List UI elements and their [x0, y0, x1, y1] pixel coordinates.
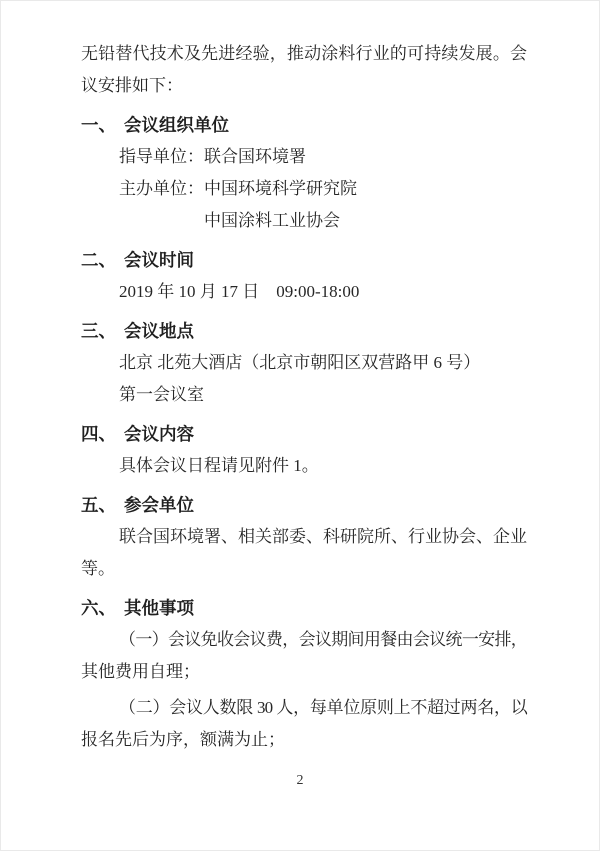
section-title: 会议内容 [124, 418, 194, 450]
section-number: 三、 [81, 315, 124, 347]
section-title: 会议时间 [124, 244, 194, 276]
participants-line: 联合国环境署、相关部委、科研院所、行业协会、企业 [119, 521, 527, 553]
intro-line: 议安排如下： [81, 70, 527, 102]
section-heading-other-matters: 六、 其他事项 [81, 592, 527, 624]
section-heading-content: 四、 会议内容 [81, 418, 527, 450]
intro-line: 无铅替代技术及先进经验，推动涂料行业的可持续发展。会 [81, 38, 527, 70]
document-page: 无铅替代技术及先进经验，推动涂料行业的可持续发展。会 议安排如下： 一、 会议组… [0, 0, 600, 851]
agenda-line: 具体会议日程请见附件 1。 [119, 450, 527, 482]
page-footer: 2 [1, 772, 599, 790]
meeting-datetime-line: 2019 年 10 月 17 日 09:00-18:00 [119, 276, 527, 308]
other-matters-item-1-line: 其他费用自理； [81, 656, 527, 688]
section-number: 六、 [81, 592, 124, 624]
section-number: 四、 [81, 418, 124, 450]
section-heading-location: 三、 会议地点 [81, 315, 527, 347]
section-title: 其他事项 [124, 592, 194, 624]
section-title: 会议组织单位 [124, 109, 229, 141]
section-heading-participants: 五、 参会单位 [81, 489, 527, 521]
participants-line: 等。 [81, 553, 527, 585]
guiding-unit-line: 指导单位：联合国环境署 [119, 141, 527, 173]
host-unit-line-2: 中国涂料工业协会 [204, 205, 527, 237]
other-matters-item-1-line: （一）会议免收会议费，会议期间用餐由会议统一安排， [119, 624, 527, 656]
section-number: 五、 [81, 489, 124, 521]
host-unit-line: 主办单位：中国环境科学研究院 [119, 173, 527, 205]
venue-line: 北京 北苑大酒店（北京市朝阳区双营路甲 6 号） [119, 347, 527, 379]
other-matters-item-2-line: （二）会议人数限 30 人，每单位原则上不超过两名，以 [119, 692, 527, 724]
section-heading-time: 二、 会议时间 [81, 244, 527, 276]
section-title: 参会单位 [124, 489, 194, 521]
page-number: 2 [297, 773, 304, 788]
meeting-room-line: 第一会议室 [119, 379, 527, 411]
section-heading-organizers: 一、 会议组织单位 [81, 109, 527, 141]
other-matters-item-2-line: 报名先后为序，额满为止； [81, 724, 527, 756]
section-title: 会议地点 [124, 315, 194, 347]
section-number: 一、 [81, 109, 124, 141]
section-number: 二、 [81, 244, 124, 276]
